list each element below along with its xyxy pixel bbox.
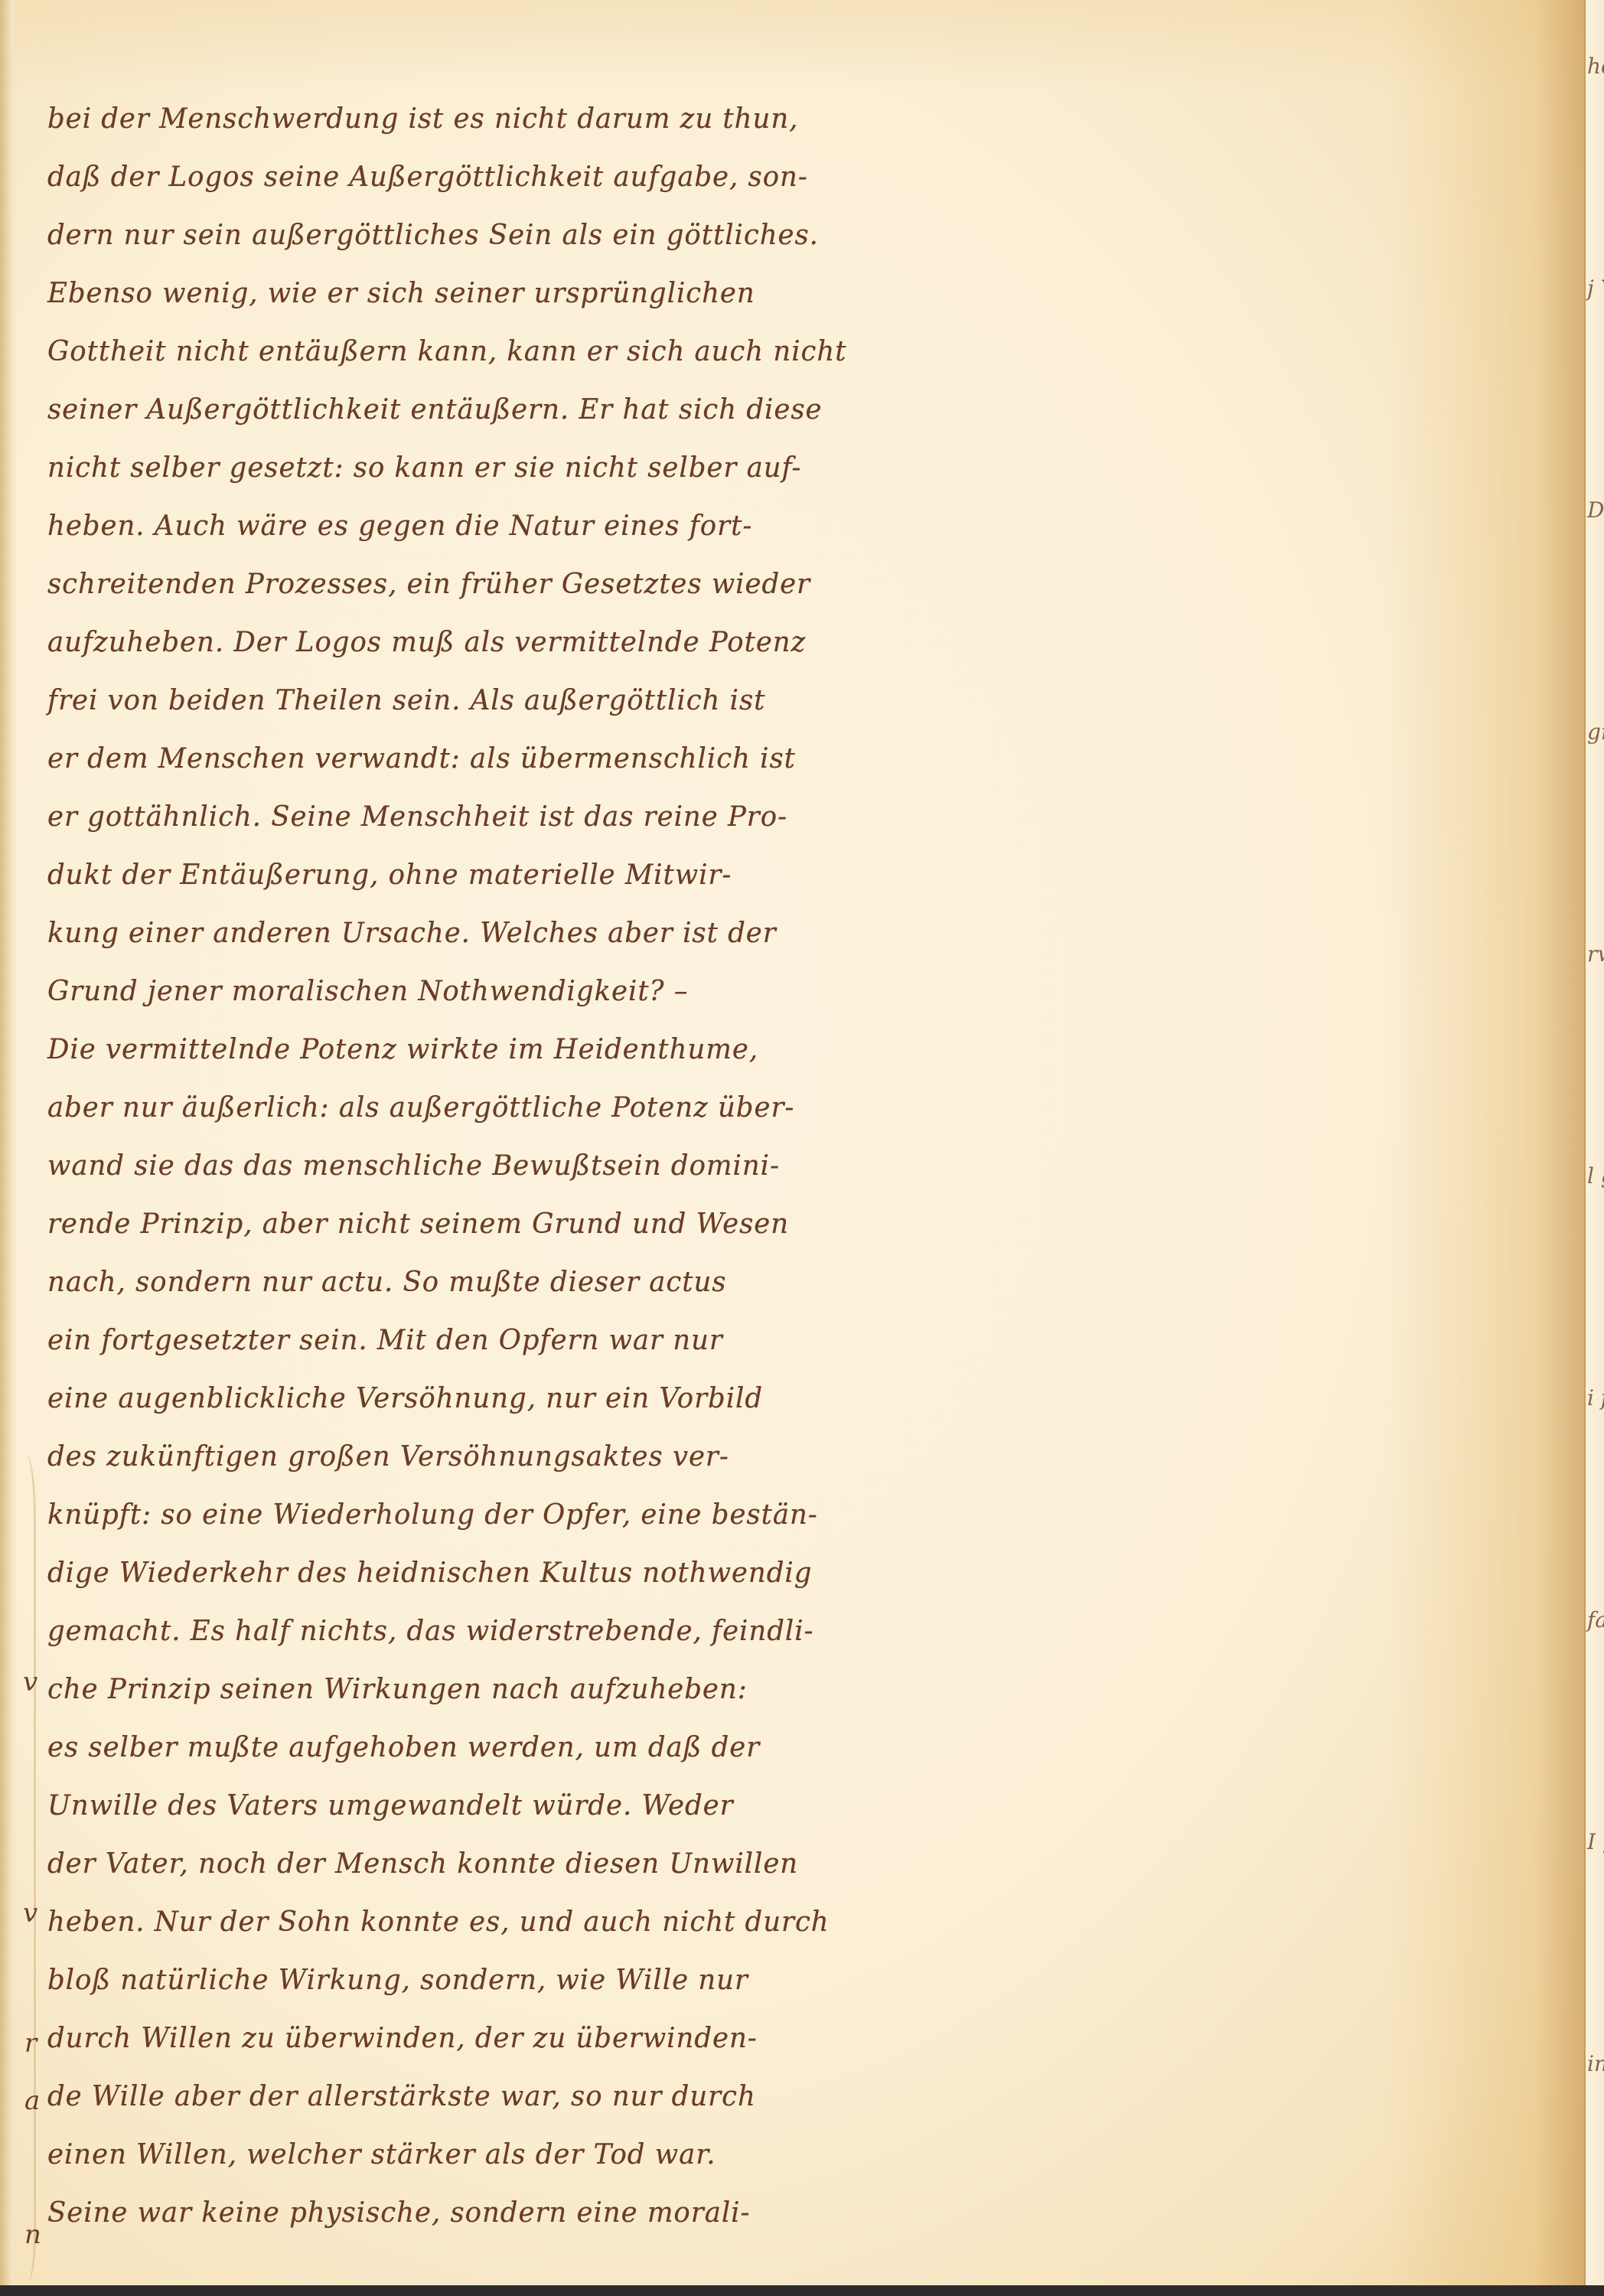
manuscript-line: heben. Nur der Sohn konnte es, und auch … [47,1893,1547,1952]
manuscript-line: eine augenblickliche Versöhnung, nur ein… [47,1370,1547,1428]
margin-mark: v [23,1667,37,1698]
adjacent-page-text-fragment: gnu [1587,719,1604,745]
adjacent-page-text-fragment: l gu [1587,1163,1604,1189]
adjacent-page-edge: hervij ViDingnurwill gui fifaI gin [1584,0,1604,2285]
manuscript-line: er dem Menschen verwandt: als übermensch… [47,730,1547,788]
margin-mark: n [24,2219,41,2250]
adjacent-page-text-fragment: in [1587,2051,1604,2076]
manuscript-line: dern nur sein außergöttliches Sein als e… [47,207,1547,265]
manuscript-line: bloß natürliche Wirkung, sondern, wie Wi… [47,1952,1547,2010]
manuscript-line: ein fortgesetzter sein. Mit den Opfern w… [47,1312,1547,1370]
manuscript-line: kung einer anderen Ursache. Welches aber… [47,905,1547,963]
manuscript-line: des zukünftigen großen Versöhnungsaktes … [47,1428,1547,1486]
manuscript-line: Seine war keine physische, sondern eine … [47,2184,1547,2242]
manuscript-line: der Vater, noch der Mensch konnte diesen… [47,1835,1547,1893]
manuscript-line: rende Prinzip, aber nicht seinem Grund u… [47,1195,1547,1254]
manuscript-line: einen Willen, welcher stärker als der To… [47,2126,1547,2184]
manuscript-line: dige Wiederkehr des heidnischen Kultus n… [47,1544,1547,1603]
handwritten-text-block: bei der Menschwerdung ist es nicht darum… [47,90,1570,2242]
manuscript-line: heben. Auch wäre es gegen die Natur eine… [47,497,1547,556]
adjacent-page-text-fragment: hervi [1587,54,1604,79]
adjacent-page-text-fragment: i fi [1587,1385,1604,1411]
margin-mark: a [24,2086,40,2116]
manuscript-line: nach, sondern nur actu. So mußte dieser … [47,1254,1547,1312]
manuscript-line: er gottähnlich. Seine Menschheit ist das… [47,788,1547,846]
margin-mark: r [24,2028,37,2059]
manuscript-page: bei der Menschwerdung ist es nicht darum… [0,0,1584,2285]
adjacent-page-text-fragment: fa [1587,1607,1604,1632]
manuscript-line: aufzuheben. Der Logos muß als vermitteln… [47,614,1547,672]
manuscript-line: daß der Logos seine Außergöttlichkeit au… [47,148,1547,207]
manuscript-line: gemacht. Es half nichts, das widerstrebe… [47,1603,1547,1661]
manuscript-line: dukt der Entäußerung, ohne materielle Mi… [47,846,1547,905]
manuscript-line: bei der Menschwerdung ist es nicht darum… [47,90,1547,148]
manuscript-line: es selber mußte aufgehoben werden, um da… [47,1719,1547,1777]
manuscript-line: schreitenden Prozesses, ein früher Geset… [47,556,1547,614]
manuscript-line: wand sie das das menschliche Bewußtsein … [47,1137,1547,1195]
manuscript-line: seiner Außergöttlichkeit entäußern. Er h… [47,381,1547,439]
manuscript-line: Unwille des Vaters umgewandelt würde. We… [47,1777,1547,1835]
manuscript-line: frei von beiden Theilen sein. Als außerg… [47,672,1547,730]
adjacent-page-text-fragment: Din [1587,497,1604,523]
scan-background-strip [0,2285,1604,2296]
manuscript-line: Gottheit nicht entäußern kann, kann er s… [47,323,1547,381]
adjacent-page-text-fragment: I g [1587,1829,1604,1854]
manuscript-line: aber nur äußerlich: als außergöttliche P… [47,1079,1547,1137]
manuscript-line: nicht selber gesetzt: so kann er sie nic… [47,439,1547,497]
water-stain [11,1454,36,2281]
manuscript-line: che Prinzip seinen Wirkungen nach aufzuh… [47,1661,1547,1719]
margin-mark: v [23,1898,37,1929]
adjacent-page-text-fragment: j Vi [1587,276,1604,301]
manuscript-line: knüpft: so eine Wiederholung der Opfer, … [47,1486,1547,1544]
manuscript-line: Ebenso wenig, wie er sich seiner ursprün… [47,265,1547,323]
manuscript-line: de Wille aber der allerstärkste war, so … [47,2068,1547,2126]
manuscript-line: Grund jener moralischen Nothwendigkeit? … [47,963,1547,1021]
adjacent-page-text-fragment: rwil [1587,941,1604,967]
manuscript-line: Die vermittelnde Potenz wirkte im Heiden… [47,1021,1547,1079]
manuscript-line: durch Willen zu überwinden, der zu überw… [47,2010,1547,2068]
